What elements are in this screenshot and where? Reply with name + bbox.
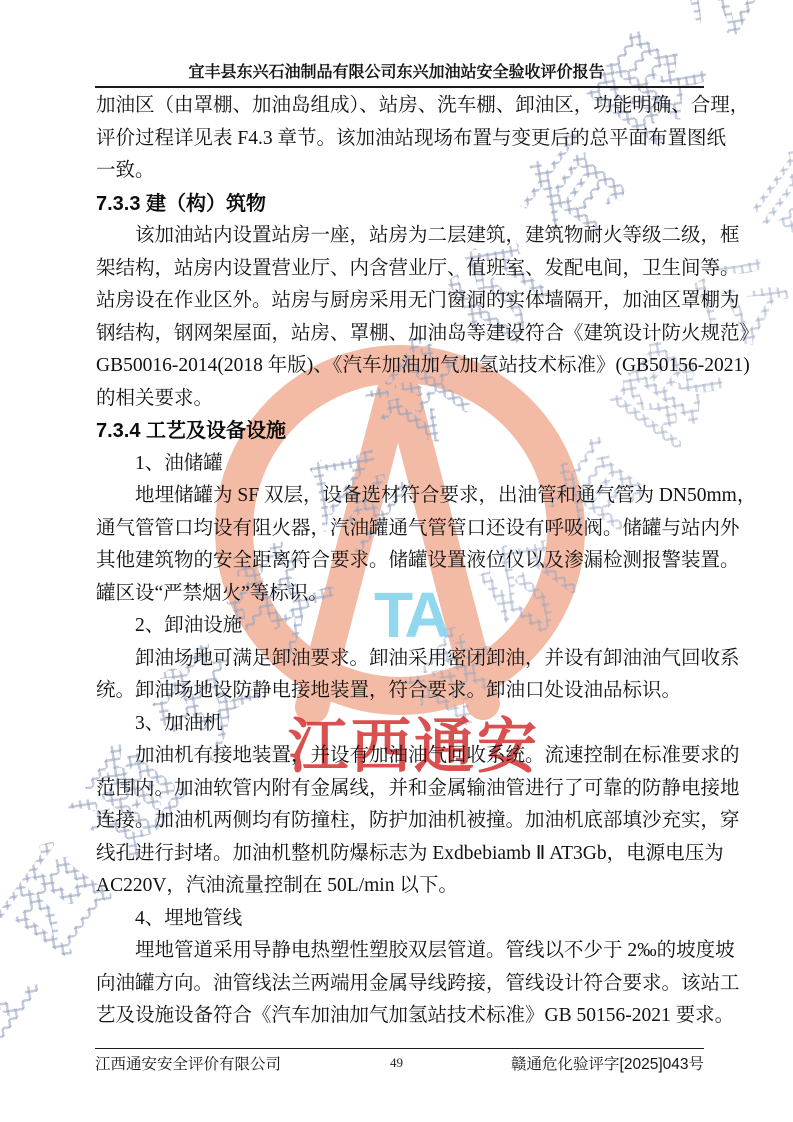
body-line: 地埋储罐为 SF 双层，设备选材符合要求，出油管和通气管为 DN50mm， [96, 480, 708, 513]
body-line: 加油区（由罩棚、加油岛组成）、站房、洗车棚、卸油区，功能明确、合理， [96, 90, 708, 123]
body-line: 范围内。加油软管内附有金属线，并和金属输油管进行了可靠的防静电接地 [96, 773, 708, 806]
header-title: 宜丰县东兴石油制品有限公司东兴加油站安全验收评价报告 [0, 59, 793, 82]
content-layer: 宜丰县东兴石油制品有限公司东兴加油站安全验收评价报告 加油区（由罩棚、加油岛组成… [0, 0, 793, 1122]
body-line: 7.3.3 建（构）筑物 [96, 188, 708, 221]
body-line: 罐区设“严禁烟火”等标识。 [96, 578, 708, 611]
footer-rule [95, 1048, 704, 1049]
document-page: 江西通安安全评价有限公司 评价有限公司 TA 江西通安 宜丰县东兴石油制品有限公… [0, 0, 793, 1122]
body-line: 1、油储罐 [96, 448, 708, 481]
body-line: 站房设在作业区外。站房与厨房采用无门窗洞的实体墙隔开，加油区罩棚为 [96, 285, 708, 318]
header-rule [95, 86, 704, 88]
body-line: 统。卸油场地设防静电接地装置，符合要求。卸油口处设油品标识。 [96, 675, 708, 708]
body-text: 加油区（由罩棚、加油岛组成）、站房、洗车棚、卸油区，功能明确、合理，评价过程详见… [96, 90, 708, 1033]
body-line: 钢结构，钢网架屋面，站房、罩棚、加油岛等建设符合《建筑设计防火规范》 [96, 318, 708, 351]
body-line: GB50016-2014(2018 年版)、《汽车加油加气加氢站技术标准》(GB… [96, 350, 708, 383]
body-line: 7.3.4 工艺及设备设施 [96, 415, 708, 448]
body-line: 艺及设施设备符合《汽车加油加气加氢站技术标准》GB 50156-2021 要求。 [96, 1000, 708, 1033]
body-line: 加油机有接地装置，并设有加油油气回收系统。流速控制在标准要求的 [96, 740, 708, 773]
body-line: 埋地管道采用导静电热塑性塑胶双层管道。管线以不少于 2‰的坡度坡 [96, 935, 708, 968]
body-line: 架结构，站房内设置营业厅、内含营业厅、值班室、发配电间，卫生间等。 [96, 253, 708, 286]
footer-company: 江西通安安全评价有限公司 [95, 1052, 281, 1074]
body-line: 连接。加油机两侧均有防撞柱，防护加油机被撞。加油机底部填沙充实，穿 [96, 805, 708, 838]
body-line: 3、加油机 [96, 708, 708, 741]
body-line: 卸油场地可满足卸油要求。卸油采用密闭卸油，并设有卸油油气回收系 [96, 643, 708, 676]
footer-doc-number: 赣通危化验评字[2025]043号 [511, 1052, 704, 1074]
footer-page-number: 49 [390, 1055, 403, 1071]
body-line: 该加油站内设置站房一座，站房为二层建筑，建筑物耐火等级二级，框 [96, 220, 708, 253]
body-line: 4、埋地管线 [96, 903, 708, 936]
body-line: 向油罐方向。油管线法兰两端用金属导线跨接，管线设计符合要求。该站工 [96, 968, 708, 1001]
body-line: 线孔进行封堵。加油机整机防爆标志为 Exdbebiamb Ⅱ AT3Gb，电源电… [96, 838, 708, 871]
body-line: 评价过程详见表 F4.3 章节。该加油站现场布置与变更后的总平面布置图纸 [96, 123, 708, 156]
body-line: 通气管管口均设有阻火器，汽油罐通气管管口还设有呼吸阀。储罐与站内外 [96, 513, 708, 546]
body-line: 一致。 [96, 155, 708, 188]
body-line: 其他建筑物的安全距离符合要求。储罐设置液位仪以及渗漏检测报警装置。 [96, 545, 708, 578]
body-line: 2、卸油设施 [96, 610, 708, 643]
body-line: AC220V，汽油流量控制在 50L/min 以下。 [96, 870, 708, 903]
body-line: 的相关要求。 [96, 383, 708, 416]
